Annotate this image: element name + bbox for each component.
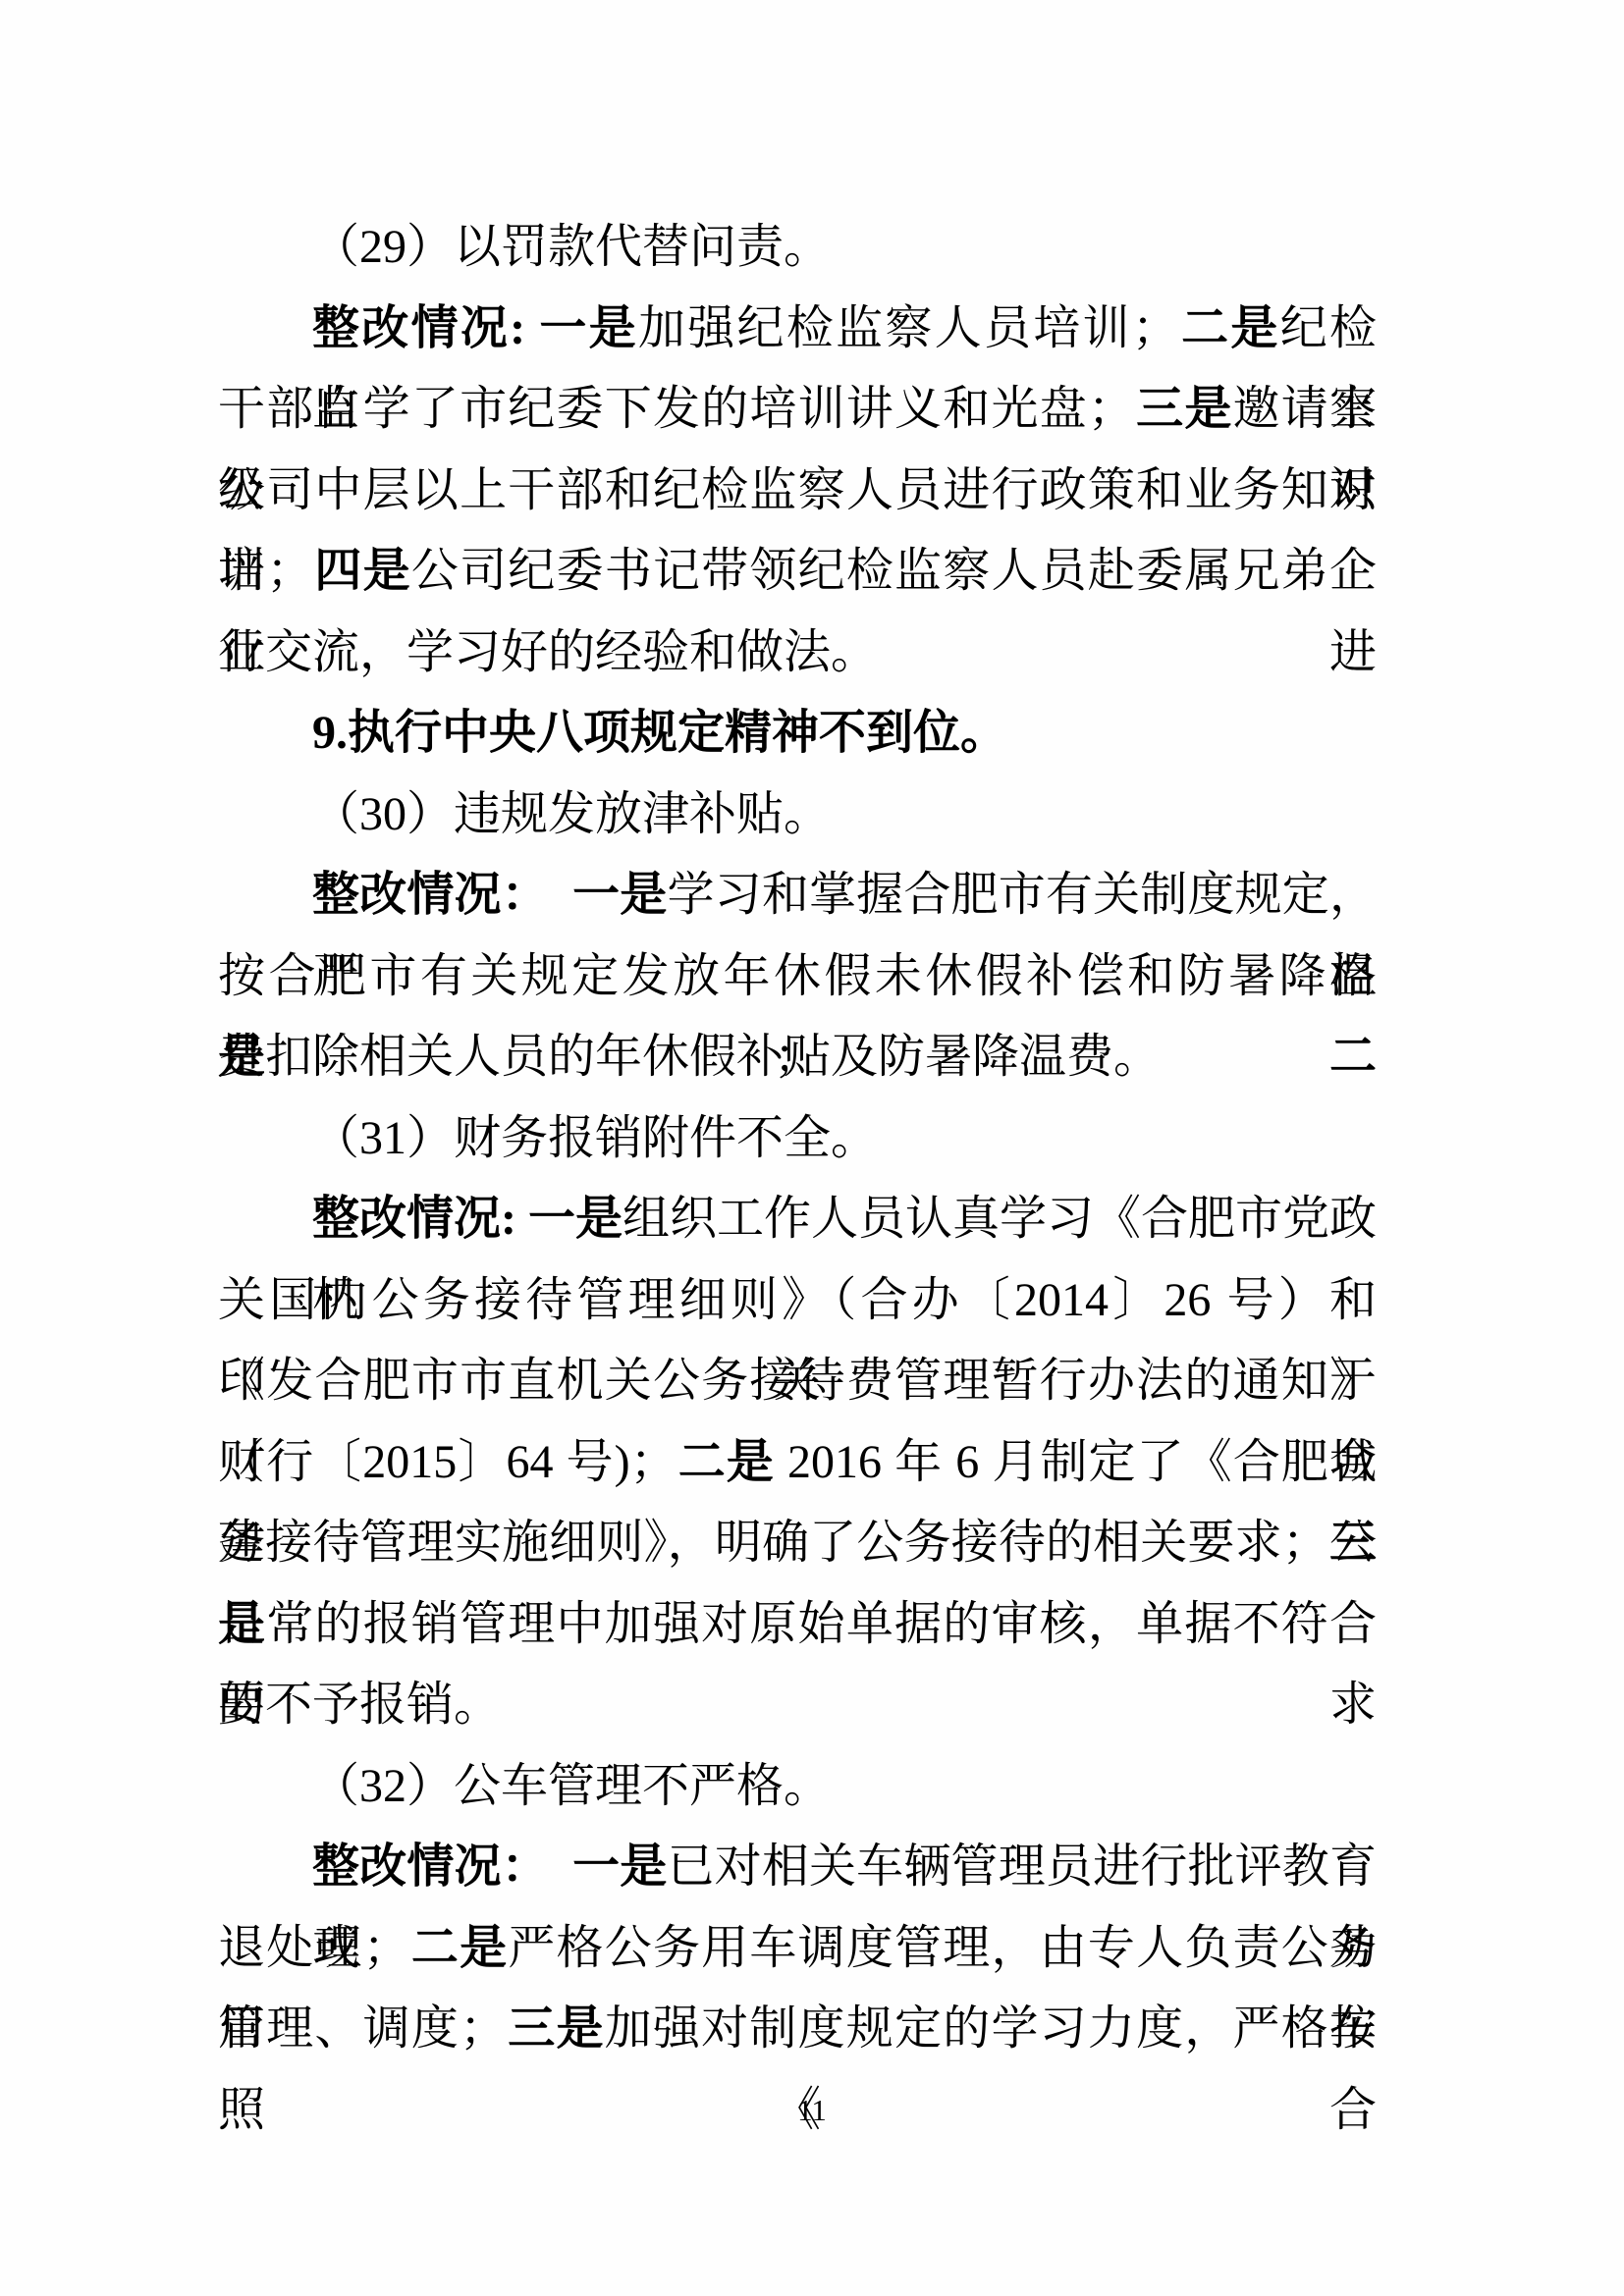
text-run-bold: 二是: [677, 1436, 775, 1488]
document-line: 务接待管理实施细则》，明确了公务接待的相关要求；三是: [218, 1503, 1377, 1584]
document-heading: 9.执行中央八项规定精神不到位。: [218, 693, 1377, 774]
document-line: 管理、调度；三是加强对制度规定的学习力度，严格按照《合: [218, 1989, 1377, 2070]
document-line: 整改情况： 一是已对相关车辆管理员进行批评教育或劝: [218, 1827, 1377, 1908]
text-run: 干部自学了市纪委下发的培训讲义和光盘；: [218, 383, 1135, 435]
text-run: 的不予报销。: [218, 1679, 501, 1731]
document-line: （30）违规发放津补贴。: [218, 774, 1377, 856]
document-line: 整改情况: 一是组织工作人员认真学习《合肥市党政机: [218, 1179, 1377, 1260]
document-line: 财行〔2015〕64 号)；二是 2016 年 6 月制定了《合肥城建公: [218, 1422, 1377, 1504]
document-line: 关国内公务接待管理细则》（合办〔2014〕26 号）和《关于: [218, 1260, 1377, 1342]
text-run: 加强纪检监察人员培训；: [638, 302, 1179, 354]
document-line: （32）公车管理不严格。: [218, 1746, 1377, 1828]
text-run: （31）财务报销附件不全。: [312, 1112, 878, 1164]
text-run: 管理、调度；: [218, 2002, 507, 2055]
text-run-bold: 整改情况： 一是: [312, 1841, 667, 1893]
text-run: （32）公车管理不严格。: [312, 1760, 831, 1812]
text-run-bold: 整改情况: 一是: [312, 302, 638, 354]
document-text-block: （29）以罚款代替问责。 整改情况: 一是加强纪检监察人员培训；二是纪检监察 干…: [218, 207, 1377, 2070]
document-line: 退处理；二是严格公务用车调度管理，由专人负责公务用车: [218, 1908, 1377, 1990]
document-line: 印发合肥市市直机关公务接待费管理暂行办法的通知》（合: [218, 1341, 1377, 1422]
text-run-bold: 二是: [410, 1922, 509, 1974]
heading-text: 9.执行中央八项规定精神不到位。: [312, 707, 1007, 759]
document-line: 训；四是公司纪委书记带领纪检监察人员赴委属兄弟企业进: [218, 531, 1377, 613]
text-run-bold: 整改情况: 一是: [312, 1193, 623, 1245]
page-number: 11: [0, 2093, 1624, 2128]
document-line: 干部自学了市纪委下发的培训讲义和光盘；三是邀请上级对: [218, 369, 1377, 451]
text-run: （29）以罚款代替问责。: [312, 221, 831, 273]
document-line: （29）以罚款代替问责。: [218, 207, 1377, 289]
text-run-bold: 是: [218, 1031, 265, 1083]
document-line: 整改情况： 一是学习和掌握合肥市有关制度规定，严格: [218, 855, 1377, 936]
text-run: 训；: [218, 545, 313, 597]
text-run: 扣除相关人员的年休假补贴及防暑降温费。: [265, 1031, 1161, 1083]
document-line: （31）财务报销附件不全。: [218, 1098, 1377, 1180]
text-run-bold: 整改情况： 一是: [312, 869, 667, 921]
text-run: 行交流，学习好的经验和做法。: [218, 626, 878, 678]
document-line: 整改情况: 一是加强纪检监察人员培训；二是纪检监察: [218, 289, 1377, 370]
text-run: 务接待管理实施细则》，明确了公务接待的相关要求；: [218, 1517, 1329, 1569]
document-page: （29）以罚款代替问责。 整改情况: 一是加强纪检监察人员培训；二是纪检监察 干…: [0, 0, 1624, 2296]
text-run: 退处理；: [218, 1922, 410, 1974]
text-run: （30）违规发放津补贴。: [312, 788, 831, 840]
text-run-bold: 四是: [313, 545, 411, 597]
document-line: 按合肥市有关规定发放年休假未休假补偿和防暑降温费；二: [218, 936, 1377, 1018]
text-run: 财行〔2015〕64 号)；: [218, 1436, 677, 1488]
text-run-bold: 二是: [1179, 302, 1280, 354]
document-line: 公司中层以上干部和纪检监察人员进行政策和业务知识培: [218, 451, 1377, 532]
text-run-bold: 三是: [507, 2002, 605, 2055]
text-run-bold: 三是: [1135, 383, 1233, 435]
document-line: 日常的报销管理中加强对原始单据的审核，单据不符合要求: [218, 1584, 1377, 1666]
